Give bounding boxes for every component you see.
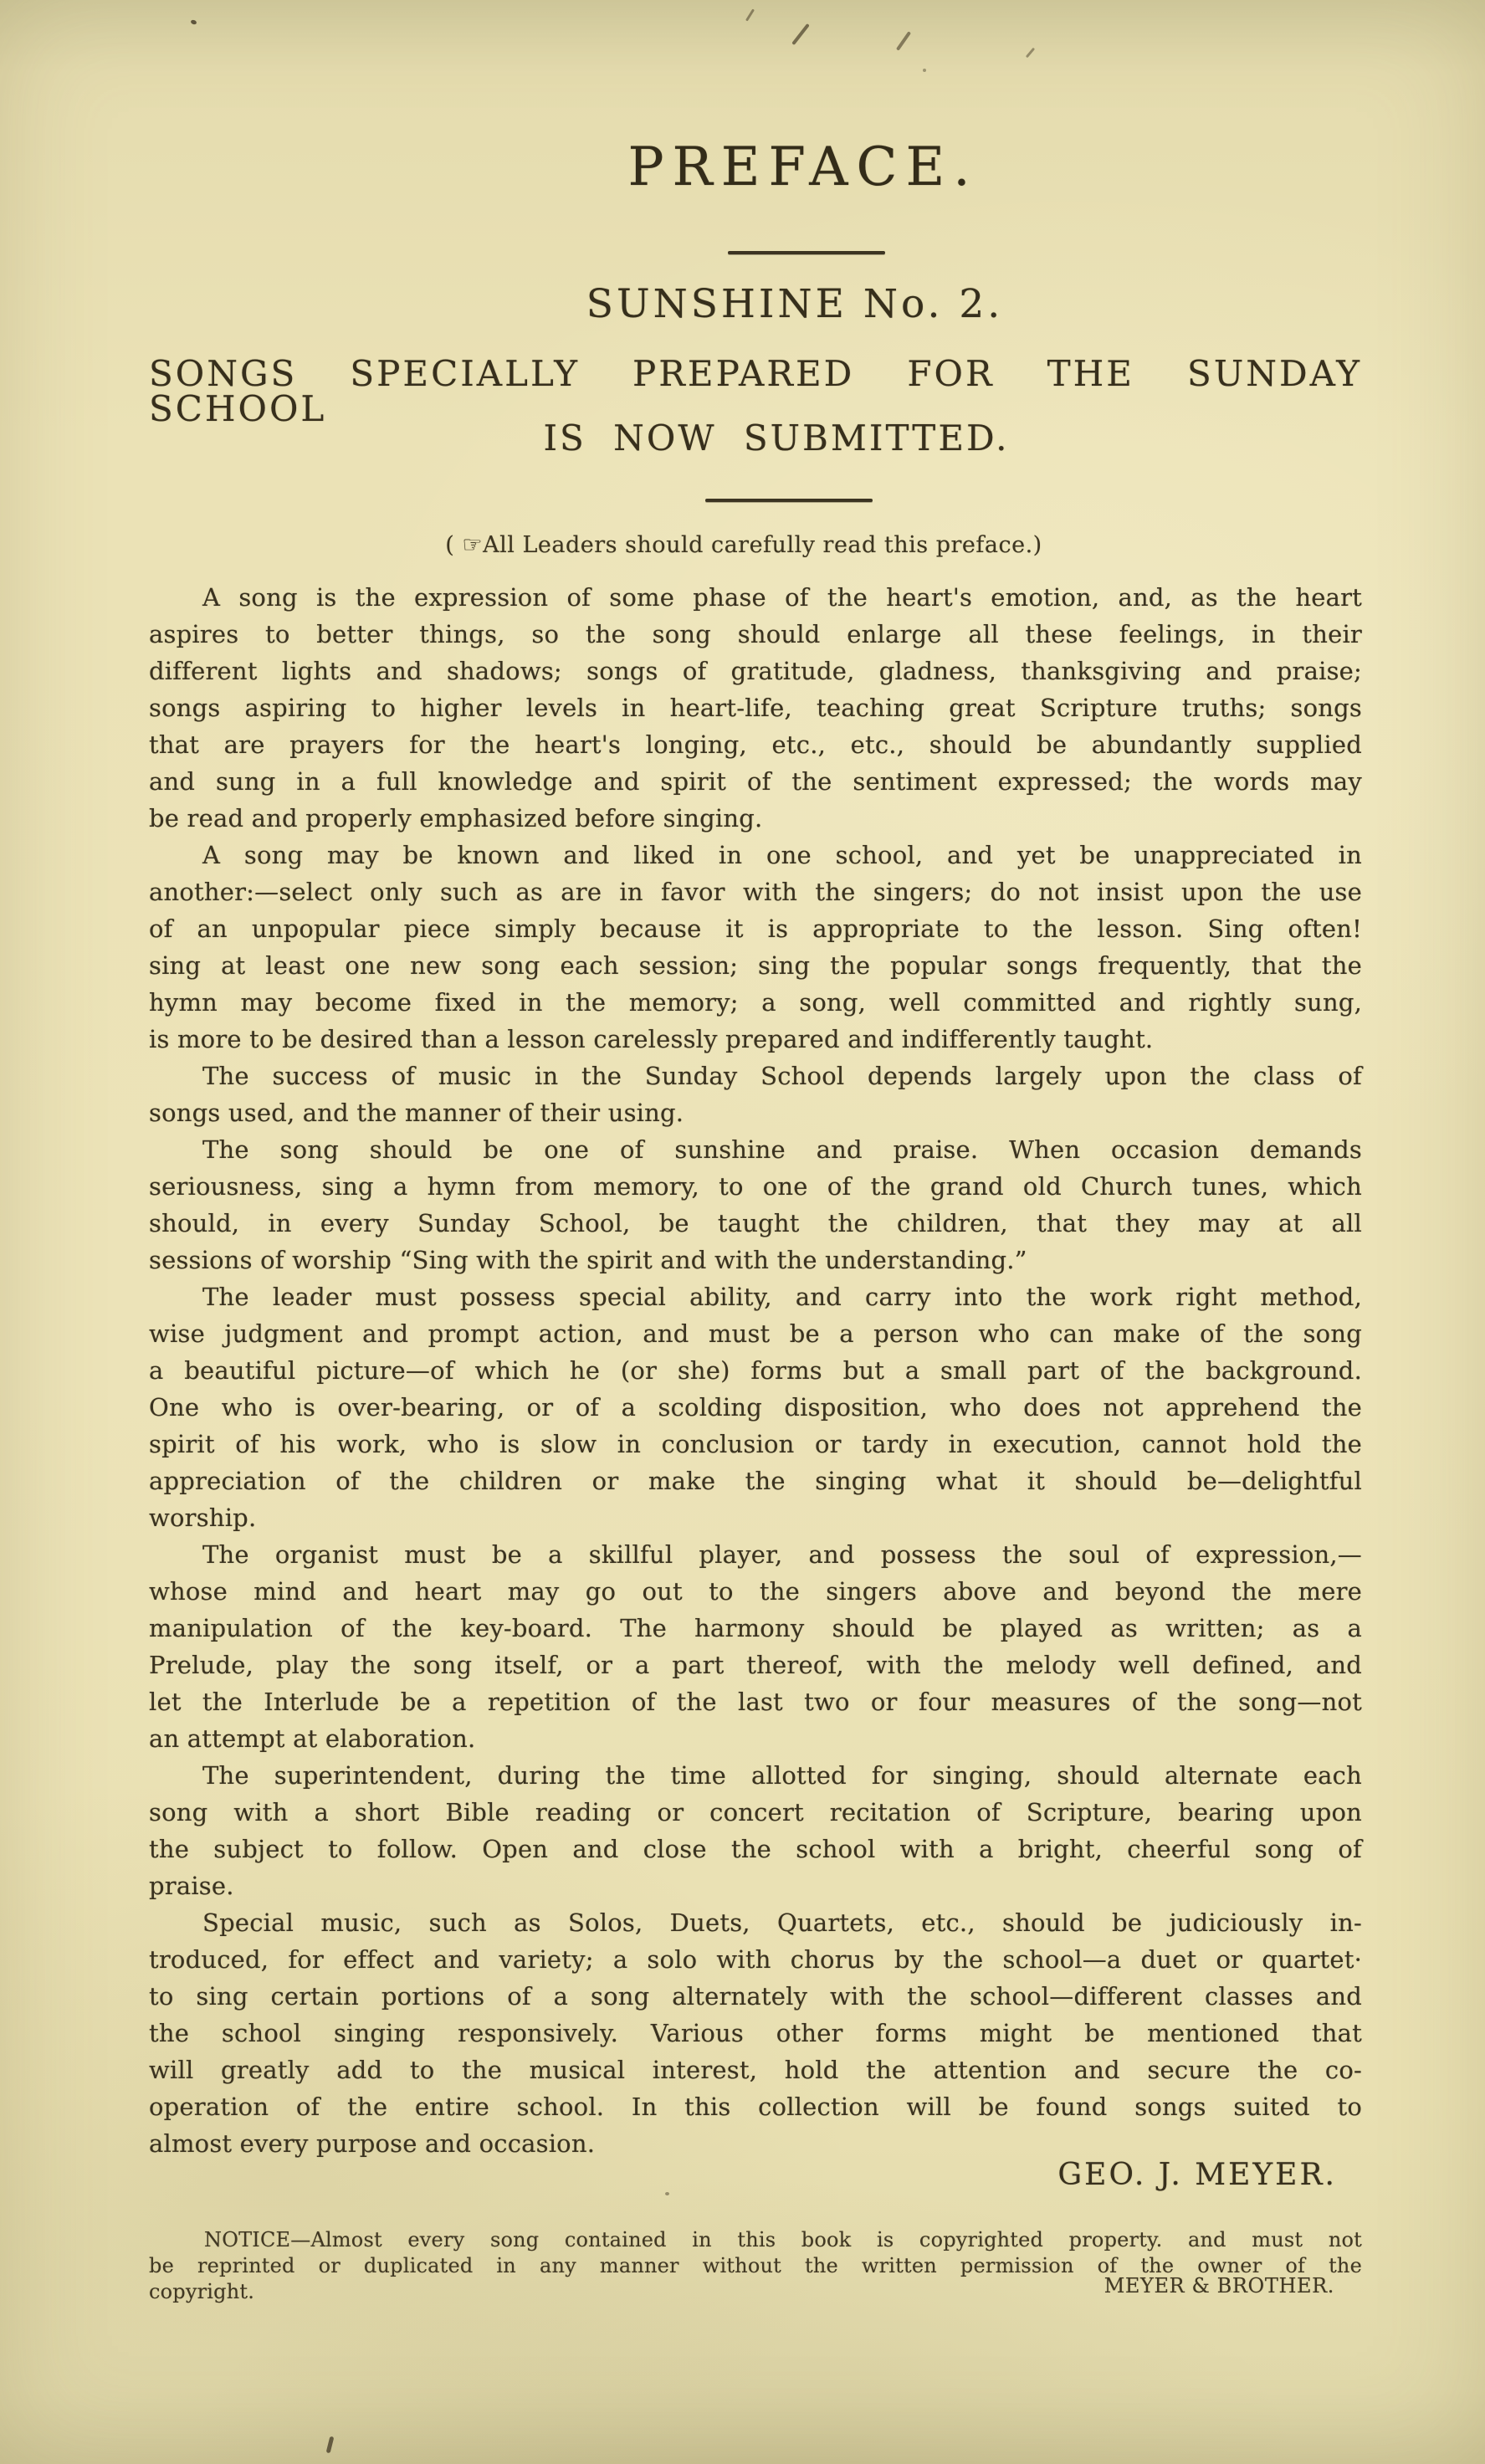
leader-note: ( ☞All Leaders should carefully read thi… — [137, 532, 1350, 559]
ink-speck — [923, 69, 926, 72]
paragraph: The song should be one of sunshine and p… — [149, 1131, 1362, 1278]
divider-rule-top — [728, 251, 885, 254]
notice-line: copyright. MEYER & BROTHER. — [149, 2279, 1362, 2305]
paragraph-line: songs used, and the manner of their usin… — [149, 1094, 1362, 1131]
subtitle-line-2: IS NOW SUBMITTED. — [170, 421, 1383, 456]
paragraph-line: The leader must possess special ability,… — [149, 1278, 1362, 1315]
ink-speck — [1026, 48, 1035, 59]
paragraph-line: to sing certain portions of a song alter… — [149, 1978, 1362, 2015]
paragraph-line: is more to be desired than a lesson care… — [149, 1021, 1362, 1058]
paragraph-line: whose mind and heart may go out to the s… — [149, 1573, 1362, 1610]
paragraph: The organist must be a skillful player, … — [149, 1536, 1362, 1757]
paragraph-line: hymn may become fixed in the memory; a s… — [149, 984, 1362, 1021]
paragraph-line: seriousness, sing a hymn from memory, to… — [149, 1168, 1362, 1205]
paragraph: A song is the expression of some phase o… — [149, 579, 1362, 837]
ink-speck — [326, 2436, 335, 2454]
paragraph-line: praise. — [149, 1867, 1362, 1904]
paragraph-line: spirit of his work, who is slow in concl… — [149, 1426, 1362, 1463]
ink-speck — [190, 19, 197, 25]
copyright-notice: NOTICE—Almost every song contained in th… — [149, 2227, 1362, 2305]
paragraph-line: will greatly add to the musical interest… — [149, 2052, 1362, 2088]
notice-copyright-word: copyright. — [149, 2279, 254, 2305]
author-signature: GEO. J. MEYER. — [149, 2160, 1362, 2190]
paragraph-line: wise judgment and prompt action, and mus… — [149, 1315, 1362, 1352]
paragraph-line: a beautiful picture—of which he (or she)… — [149, 1352, 1362, 1389]
body-text: A song is the expression of some phase o… — [149, 579, 1362, 2162]
paragraph-line: let the Interlude be a repetition of the… — [149, 1683, 1362, 1720]
publisher-name: MEYER & BROTHER. — [1104, 2273, 1334, 2299]
paragraph: Special music, such as Solos, Duets, Qua… — [149, 1904, 1362, 2162]
paragraph-line: should, in every Sunday School, be taugh… — [149, 1205, 1362, 1242]
paragraph-line: that are prayers for the heart's longing… — [149, 726, 1362, 763]
ink-speck — [745, 8, 755, 21]
paragraph-line: different lights and shadows; songs of g… — [149, 653, 1362, 689]
notice-line: NOTICE—Almost every song contained in th… — [149, 2227, 1362, 2253]
paragraph-line: almost every purpose and occasion. — [149, 2125, 1362, 2162]
scanned-book-page: { "document": { "title": "PREFACE.", "se… — [0, 0, 1485, 2464]
divider-rule-middle — [705, 499, 873, 502]
paragraph-line: songs aspiring to higher levels in heart… — [149, 689, 1362, 726]
paragraph-line: appreciation of the children or make the… — [149, 1463, 1362, 1499]
paragraph-line: worship. — [149, 1499, 1362, 1536]
paragraph-line: of an unpopular piece simply because it … — [149, 910, 1362, 947]
subtitle-line-1: SONGS SPECIALLY PREPARED FOR THE SUNDAY … — [149, 356, 1362, 427]
paragraph: The superintendent, during the time allo… — [149, 1757, 1362, 1904]
paragraph-line: sing at least one new song each session;… — [149, 947, 1362, 984]
paragraph: A song may be known and liked in one sch… — [149, 837, 1362, 1058]
paragraph-line: troduced, for effect and variety; a solo… — [149, 1941, 1362, 1978]
paragraph-line: manipulation of the key-board. The harmo… — [149, 1610, 1362, 1647]
paragraph-line: sessions of worship “Sing with the spiri… — [149, 1242, 1362, 1278]
paragraph-line: and sung in a full knowledge and spirit … — [149, 763, 1362, 800]
paragraph: The success of music in the Sunday Schoo… — [149, 1058, 1362, 1131]
paragraph-line: song with a short Bible reading or conce… — [149, 1794, 1362, 1831]
paragraph-line: the school singing responsively. Various… — [149, 2015, 1362, 2052]
paragraph-line: The song should be one of sunshine and p… — [149, 1131, 1362, 1168]
paragraph-line: aspires to better things, so the song sh… — [149, 616, 1362, 653]
paragraph-line: the subject to follow. Open and close th… — [149, 1831, 1362, 1867]
ink-speck — [791, 23, 810, 45]
paragraph-line: One who is over-bearing, or of a scoldin… — [149, 1389, 1362, 1426]
ink-speck — [665, 2192, 669, 2195]
paragraph-line: The superintendent, during the time allo… — [149, 1757, 1362, 1794]
paragraph-line: The success of music in the Sunday Schoo… — [149, 1058, 1362, 1094]
paragraph-line: be read and properly emphasized before s… — [149, 800, 1362, 837]
paragraph-line: A song may be known and liked in one sch… — [149, 837, 1362, 873]
series-title: SUNSHINE No. 2. — [188, 284, 1401, 324]
paragraph-line: another:—select only such as are in favo… — [149, 873, 1362, 910]
paragraph-line: operation of the entire school. In this … — [149, 2088, 1362, 2125]
paragraph-line: Prelude, play the song itself, or a part… — [149, 1647, 1362, 1683]
paragraph: The leader must possess special ability,… — [149, 1278, 1362, 1536]
page-sheet: PREFACE. SUNSHINE No. 2. SONGS SPECIALLY… — [0, 0, 1485, 2464]
paragraph-line: A song is the expression of some phase o… — [149, 579, 1362, 616]
ink-speck — [896, 31, 911, 51]
paragraph-line: Special music, such as Solos, Duets, Qua… — [149, 1904, 1362, 1941]
paragraph-line: an attempt at elaboration. — [149, 1720, 1362, 1757]
paragraph-line: The organist must be a skillful player, … — [149, 1536, 1362, 1573]
page-title: PREFACE. — [197, 141, 1410, 194]
